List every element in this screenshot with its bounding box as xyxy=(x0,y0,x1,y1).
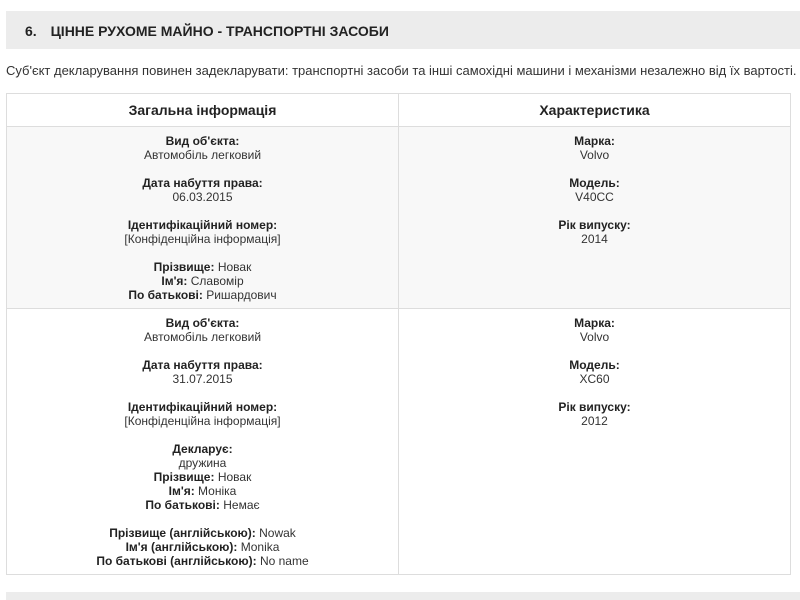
owner-patronymic: По батькові: Немає xyxy=(11,498,394,512)
owner-surname-value: Новак xyxy=(218,470,252,484)
owner-surname-en: Прізвище (англійською): Nowak xyxy=(11,526,394,540)
brand-field: Марка: Volvo xyxy=(403,134,786,162)
section-number: 6. xyxy=(25,23,37,39)
acquired-date-value: 06.03.2015 xyxy=(11,190,394,204)
owner-patronymic-label: По батькові: xyxy=(145,498,220,512)
model-label: Модель: xyxy=(403,176,786,190)
object-type-value: Автомобіль легковий xyxy=(11,330,394,344)
brand-label: Марка: xyxy=(403,134,786,148)
owner-name-en-value: Monika xyxy=(241,540,280,554)
declarant-value: дружина xyxy=(11,456,394,470)
general-info-cell: Вид об'єкта: Автомобіль легковий Дата на… xyxy=(7,127,399,309)
year-field: Рік випуску: 2012 xyxy=(403,400,786,428)
table-row: Вид об'єкта: Автомобіль легковий Дата на… xyxy=(7,309,791,575)
id-number-value: [Конфіденційна інформація] xyxy=(11,414,394,428)
owner-name-label: Ім'я: xyxy=(161,274,187,288)
table-row: Вид об'єкта: Автомобіль легковий Дата на… xyxy=(7,127,791,309)
acquired-date-field: Дата набуття права: 31.07.2015 xyxy=(11,358,394,386)
owner-patronymic-en-label: По батькові (англійською): xyxy=(96,554,256,568)
owner-surname-label: Прізвище: xyxy=(154,260,215,274)
declarant-label: Декларує: xyxy=(11,442,394,456)
section-header: 6. ЦІННЕ РУХОМЕ МАЙНО - ТРАНСПОРТНІ ЗАСО… xyxy=(6,11,800,49)
characteristics-cell: Марка: Volvo Модель: V40CC Рік випуску: … xyxy=(399,127,791,309)
column-header-general: Загальна інформація xyxy=(7,94,399,127)
id-number-label: Ідентифікаційний номер: xyxy=(11,400,394,414)
owner-surname-en-label: Прізвище (англійською): xyxy=(109,526,256,540)
brand-value: Volvo xyxy=(403,148,786,162)
acquired-date-value: 31.07.2015 xyxy=(11,372,394,386)
id-number-field: Ідентифікаційний номер: [Конфіденційна і… xyxy=(11,218,394,246)
year-value: 2012 xyxy=(403,414,786,428)
owner-name: Ім'я: Моніка xyxy=(11,484,394,498)
brand-value: Volvo xyxy=(403,330,786,344)
characteristics-cell: Марка: Volvo Модель: XC60 Рік випуску: 2… xyxy=(399,309,791,575)
owner-name-label: Ім'я: xyxy=(169,484,195,498)
owner-patronymic-value: Немає xyxy=(223,498,259,512)
year-value: 2014 xyxy=(403,232,786,246)
owner-patronymic-value: Ришардович xyxy=(206,288,276,302)
owner-name: Ім'я: Славомір xyxy=(11,274,394,288)
owner-english-field: Прізвище (англійською): Nowak Ім'я (англ… xyxy=(11,526,394,568)
acquired-date-label: Дата набуття права: xyxy=(11,358,394,372)
owner-name-en: Ім'я (англійською): Monika xyxy=(11,540,394,554)
next-section-header xyxy=(6,592,800,600)
section-intro: Суб'єкт декларування повинен задекларува… xyxy=(6,63,797,78)
owner-surname: Прізвище: Новак xyxy=(11,470,394,484)
object-type-label: Вид об'єкта: xyxy=(11,134,394,148)
id-number-field: Ідентифікаційний номер: [Конфіденційна і… xyxy=(11,400,394,428)
id-number-label: Ідентифікаційний номер: xyxy=(11,218,394,232)
owner-patronymic-en: По батькові (англійською): No name xyxy=(11,554,394,568)
table-header-row: Загальна інформація Характеристика xyxy=(7,94,791,127)
model-label: Модель: xyxy=(403,358,786,372)
owner-name-value: Моніка xyxy=(198,484,236,498)
model-value: XC60 xyxy=(403,372,786,386)
owner-patronymic-label: По батькові: xyxy=(128,288,203,302)
id-number-value: [Конфіденційна інформація] xyxy=(11,232,394,246)
owner-surname-label: Прізвище: xyxy=(154,470,215,484)
acquired-date-field: Дата набуття права: 06.03.2015 xyxy=(11,176,394,204)
brand-label: Марка: xyxy=(403,316,786,330)
owner-surname: Прізвище: Новак xyxy=(11,260,394,274)
owner-field: Прізвище: Новак Ім'я: Славомір По батько… xyxy=(11,260,394,302)
owner-patronymic-en-value: No name xyxy=(260,554,309,568)
acquired-date-label: Дата набуття права: xyxy=(11,176,394,190)
owner-surname-value: Новак xyxy=(218,260,252,274)
model-value: V40CC xyxy=(403,190,786,204)
owner-patronymic: По батькові: Ришардович xyxy=(11,288,394,302)
year-label: Рік випуску: xyxy=(403,218,786,232)
object-type-field: Вид об'єкта: Автомобіль легковий xyxy=(11,134,394,162)
object-type-value: Автомобіль легковий xyxy=(11,148,394,162)
model-field: Модель: V40CC xyxy=(403,176,786,204)
declarant-field: Декларує: дружина Прізвище: Новак Ім'я: … xyxy=(11,442,394,512)
owner-name-value: Славомір xyxy=(191,274,244,288)
year-field: Рік випуску: 2014 xyxy=(403,218,786,246)
model-field: Модель: XC60 xyxy=(403,358,786,386)
year-label: Рік випуску: xyxy=(403,400,786,414)
section-title: ЦІННЕ РУХОМЕ МАЙНО - ТРАНСПОРТНІ ЗАСОБИ xyxy=(51,23,389,39)
general-info-cell: Вид об'єкта: Автомобіль легковий Дата на… xyxy=(7,309,399,575)
column-header-characteristics: Характеристика xyxy=(399,94,791,127)
object-type-field: Вид об'єкта: Автомобіль легковий xyxy=(11,316,394,344)
owner-surname-en-value: Nowak xyxy=(259,526,296,540)
brand-field: Марка: Volvo xyxy=(403,316,786,344)
vehicles-table: Загальна інформація Характеристика Вид о… xyxy=(6,93,791,575)
owner-name-en-label: Ім'я (англійською): xyxy=(126,540,238,554)
object-type-label: Вид об'єкта: xyxy=(11,316,394,330)
